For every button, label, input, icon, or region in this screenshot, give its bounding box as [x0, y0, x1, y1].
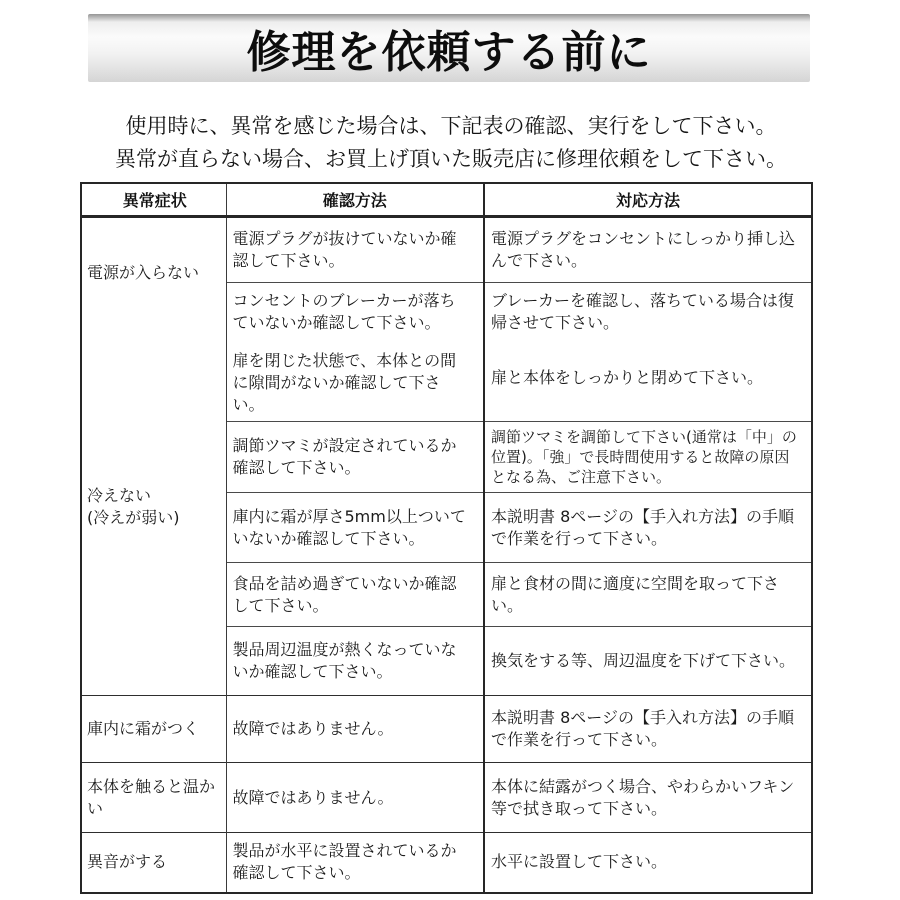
troubleshooting-table-container: 異常症状 確認方法 対応方法 電源が入らない 冷えない (冷えが弱い) 電源プラ… [80, 182, 813, 894]
cell-action-frost-5mm: 本説明書 8ページの【手入れ方法】の手順で作業を行って下さい。 [484, 493, 812, 563]
cell-action-ambient-temp: 換気をする等、周辺温度を下げて下さい。 [484, 627, 812, 696]
symptom-merged-cell: 電源が入らない 冷えない (冷えが弱い) [81, 217, 226, 696]
symptom-power-label: 電源が入らない [87, 262, 223, 284]
table-row: 庫内に霜がつく 故障ではありません。 本説明書 8ページの【手入れ方法】の手順で… [81, 696, 812, 763]
intro-text: 使用時に、異常を感じた場合は、下記表の確認、実行をして下さい。 異常が直らない場… [80, 110, 822, 176]
col-header-action: 対応方法 [484, 183, 812, 217]
troubleshooting-table: 異常症状 確認方法 対応方法 電源が入らない 冷えない (冷えが弱い) 電源プラ… [80, 182, 813, 894]
col-header-check: 確認方法 [226, 183, 484, 217]
cell-check-plug: 電源プラグが抜けていないか確認して下さい。 [226, 217, 484, 283]
symptom-noise-label: 異音がする [81, 833, 226, 893]
symptom-warm-body-label: 本体を触ると温かい [81, 763, 226, 833]
cell-action-knob: 調節ツマミを調節して下さい(通常は「中」の位置)。「強」で長時間使用すると故障の… [484, 422, 812, 493]
symptom-frost-label: 庫内に霜がつく [81, 696, 226, 763]
table-row: 電源が入らない 冷えない (冷えが弱い) 電源プラグが抜けていないか確認して下さ… [81, 217, 812, 283]
cell-check-breaker-door: コンセントのブレーカーが落ちていないか確認して下さい。 扉を閉じた状態で、本体と… [226, 283, 484, 422]
col-header-symptom: 異常症状 [81, 183, 226, 217]
cell-action-warm-body: 本体に結露がつく場合、やわらかいフキン等で拭き取って下さい。 [484, 763, 812, 833]
cell-check-frost-5mm: 庫内に霜が厚さ5mm以上ついていないか確認して下さい。 [226, 493, 484, 563]
symptom-cooling-label: 冷えない (冷えが弱い) [87, 485, 223, 529]
intro-line-1: 使用時に、異常を感じた場合は、下記表の確認、実行をして下さい。 [80, 110, 822, 143]
title-banner: 修理を依頼する前に [88, 14, 810, 82]
cell-action-noise: 水平に設置して下さい。 [484, 833, 812, 893]
cell-check-warm-body: 故障ではありません。 [226, 763, 484, 833]
cell-check-noise: 製品が水平に設置されているか確認して下さい。 [226, 833, 484, 893]
table-header-row: 異常症状 確認方法 対応方法 [81, 183, 812, 217]
table-row: 本体を触ると温かい 故障ではありません。 本体に結露がつく場合、やわらかいフキン… [81, 763, 812, 833]
cell-check-frost: 故障ではありません。 [226, 696, 484, 763]
cell-action-breaker-door: ブレーカーを確認し、落ちている場合は復帰させて下さい。 扉と本体をしっかりと閉め… [484, 283, 812, 422]
table-row: 異音がする 製品が水平に設置されているか確認して下さい。 水平に設置して下さい。 [81, 833, 812, 893]
cell-check-ambient-temp: 製品周辺温度が熱くなっていないか確認して下さい。 [226, 627, 484, 696]
cell-check-overfill: 食品を詰め過ぎていないか確認して下さい。 [226, 563, 484, 627]
intro-line-2: 異常が直らない場合、お買上げ頂いた販売店に修理依頼をして下さい。 [80, 143, 822, 176]
cell-action-overfill: 扉と食材の間に適度に空間を取って下さい。 [484, 563, 812, 627]
cell-action-plug: 電源プラグをコンセントにしっかり挿し込んで下さい。 [484, 217, 812, 283]
page-title: 修理を依頼する前に [247, 16, 652, 80]
cell-check-knob: 調節ツマミが設定されているか確認して下さい。 [226, 422, 484, 493]
cell-action-frost: 本説明書 8ページの【手入れ方法】の手順で作業を行って下さい。 [484, 696, 812, 763]
